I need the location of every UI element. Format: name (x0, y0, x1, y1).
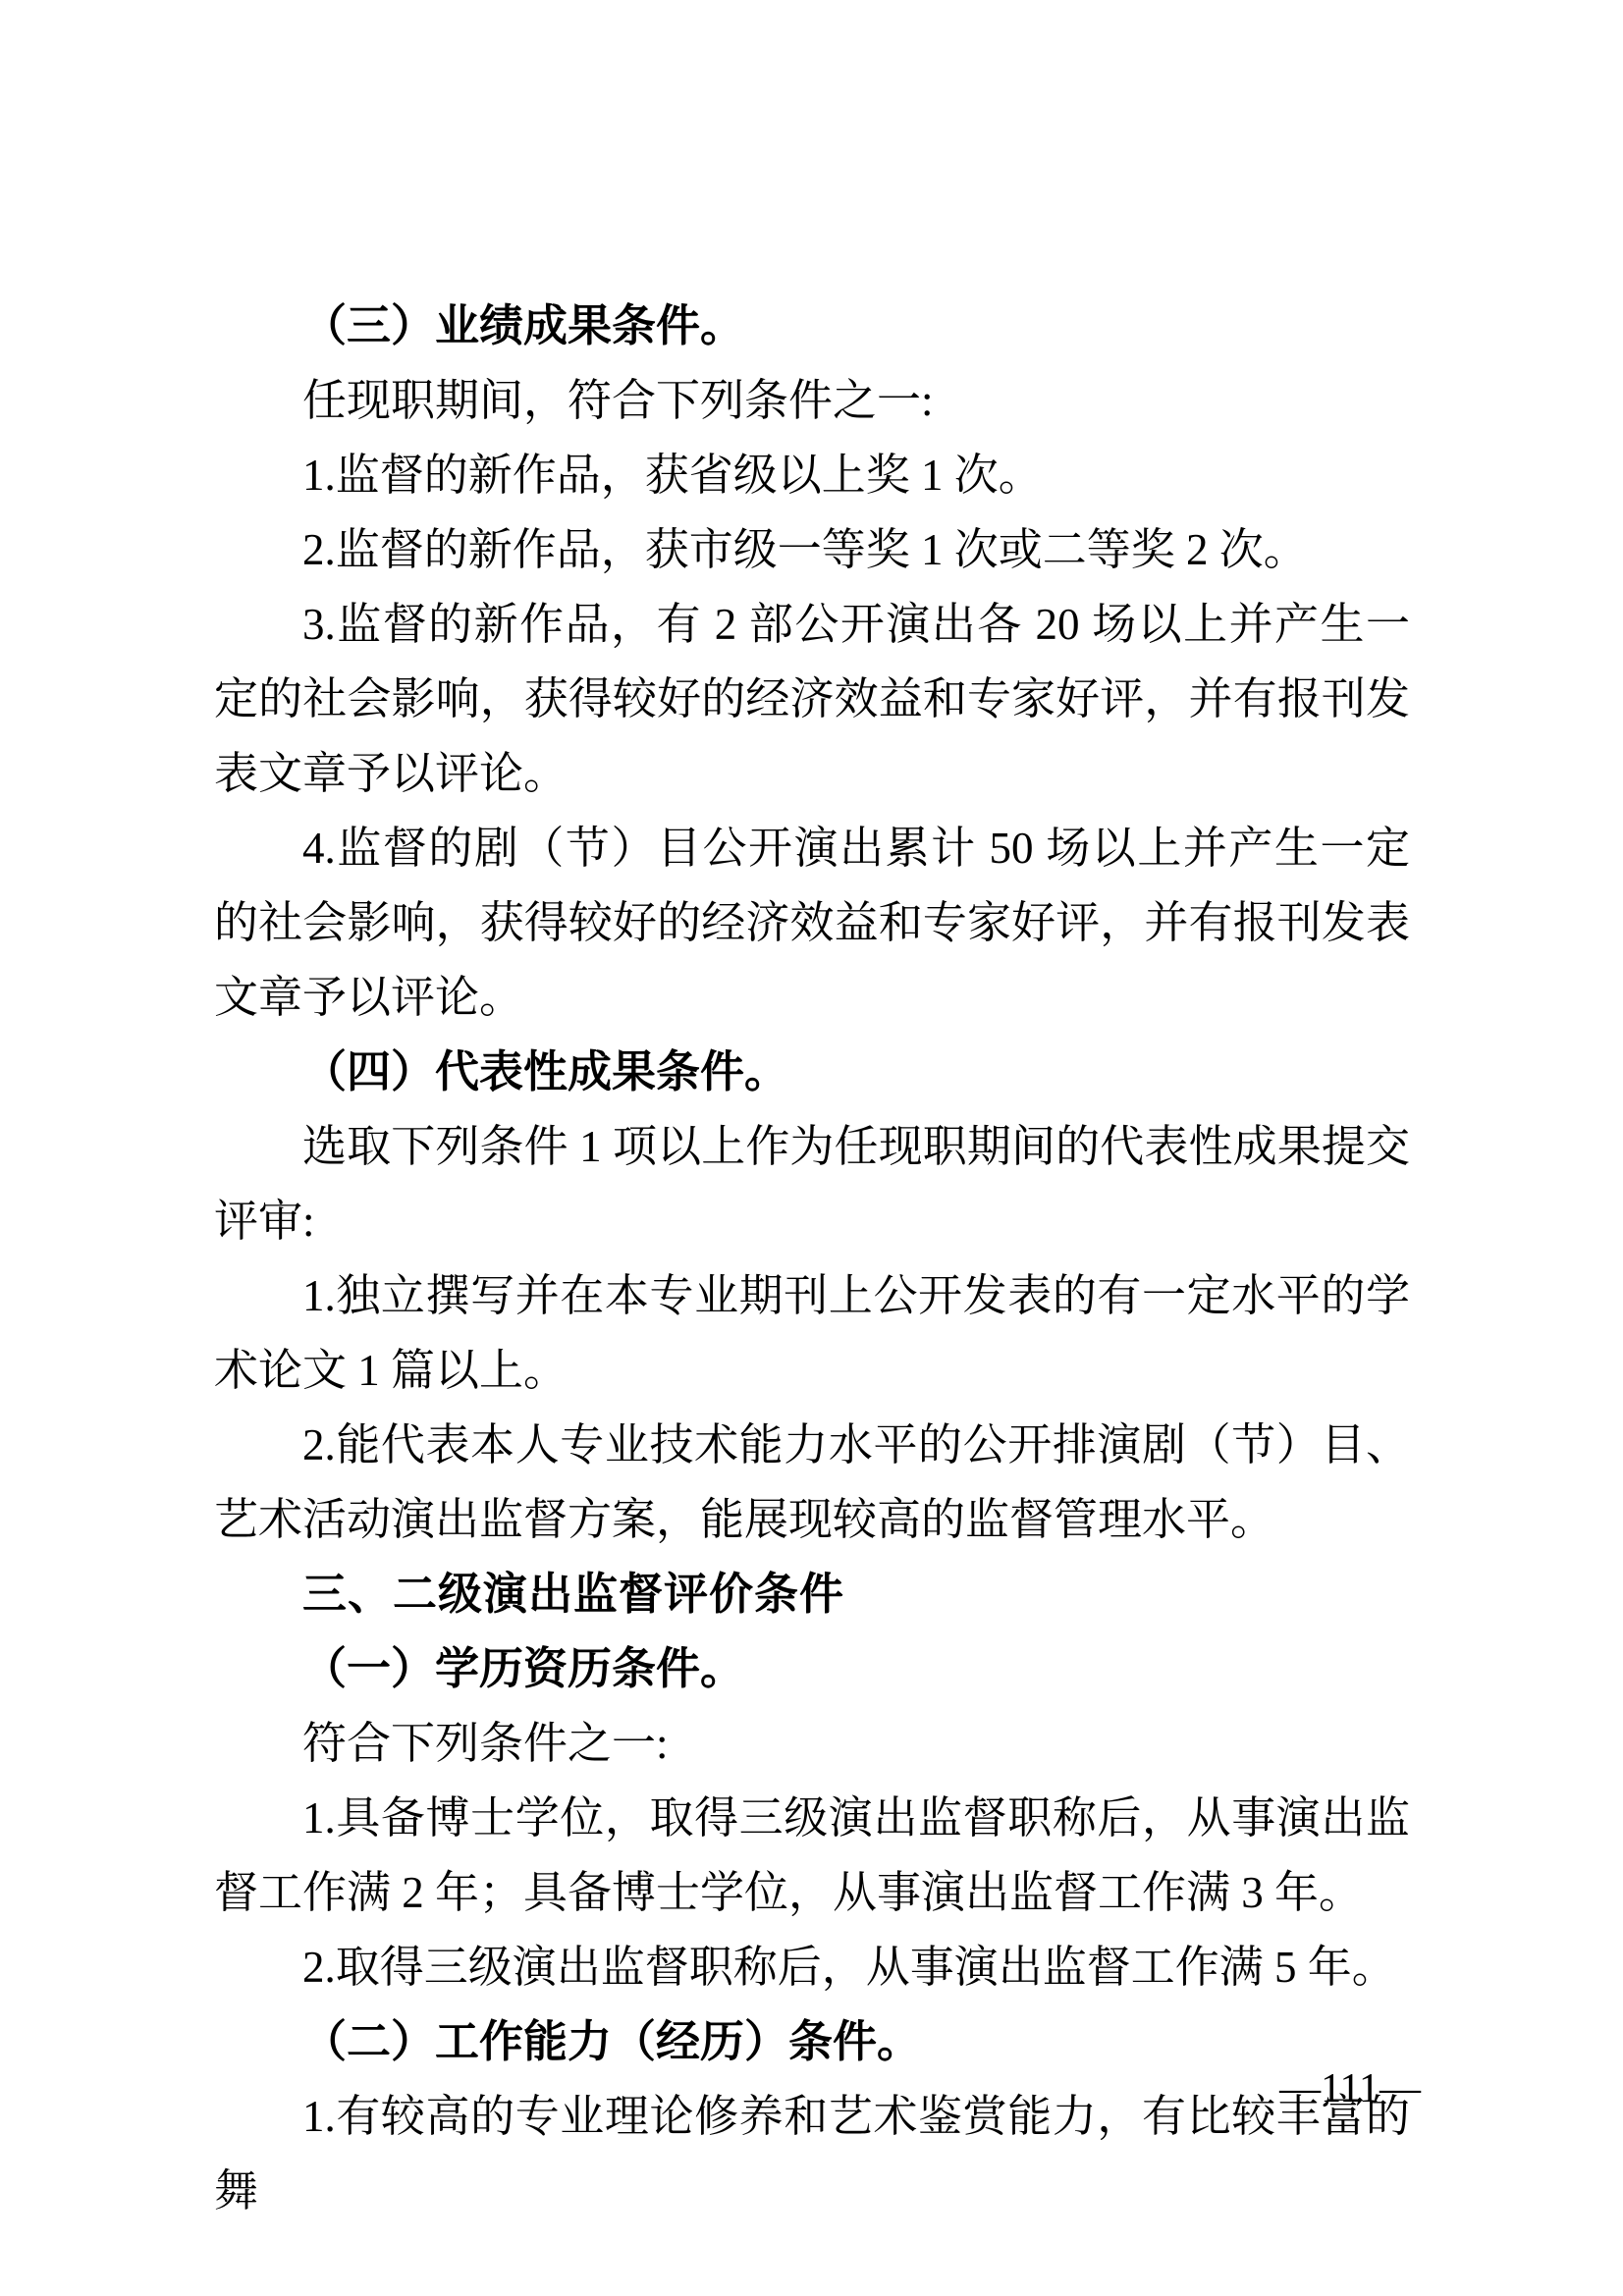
item-2-title-experience: 2.取得三级演出监督职称后，从事演出监督工作满 5 年。 (214, 1930, 1410, 2004)
item-4-cumulative-performances: 4.监督的剧（节）目公开演出累计 50 场以上并产生一定的社会影响，获得较好的经… (214, 811, 1410, 1035)
item-1-provincial-award: 1.监督的新作品，获省级以上奖 1 次。 (214, 438, 1410, 512)
item-1-doctorate-experience: 1.具备博士学位，取得三级演出监督职称后，从事演出监督工作满 2 年；具备博士学… (214, 1781, 1410, 1930)
heading-achievement-conditions: （三）业绩成果条件。 (214, 289, 1410, 363)
para-intro-tenure: 任现职期间，符合下列条件之一: (214, 363, 1410, 438)
heading-education-seniority: （一）学历资历条件。 (214, 1631, 1410, 1706)
para-intro-conditions: 符合下列条件之一: (214, 1706, 1410, 1781)
item-2-municipal-award: 2.监督的新作品，获市级一等奖 1 次或二等奖 2 次。 (214, 512, 1410, 587)
page-number: —111— (1279, 2064, 1421, 2113)
item-1-professional-theory: 1.有较高的专业理论修养和艺术鉴赏能力，有比较丰富的舞 (214, 2079, 1410, 2228)
item-2-supervision-plan: 2.能代表本人专业技术能力水平的公开排演剧（节）目、艺术活动演出监督方案，能展现… (214, 1408, 1410, 1557)
item-3-public-performances: 3.监督的新作品，有 2 部公开演出各 20 场以上并产生一定的社会影响，获得较… (214, 587, 1410, 811)
heading-representative-results: （四）代表性成果条件。 (214, 1035, 1410, 1109)
heading-work-ability: （二）工作能力（经历）条件。 (214, 2004, 1410, 2079)
document-body: （三）业绩成果条件。 任现职期间，符合下列条件之一: 1.监督的新作品，获省级以… (214, 289, 1410, 2228)
heading-level2-supervisor-criteria: 三、二级演出监督评价条件 (214, 1557, 1410, 1631)
para-intro-representative: 选取下列条件 1 项以上作为任现职期间的代表性成果提交评审: (214, 1109, 1410, 1258)
document-page: （三）业绩成果条件。 任现职期间，符合下列条件之一: 1.监督的新作品，获省级以… (0, 0, 1623, 2296)
item-1-academic-paper: 1.独立撰写并在本专业期刊上公开发表的有一定水平的学术论文 1 篇以上。 (214, 1258, 1410, 1408)
